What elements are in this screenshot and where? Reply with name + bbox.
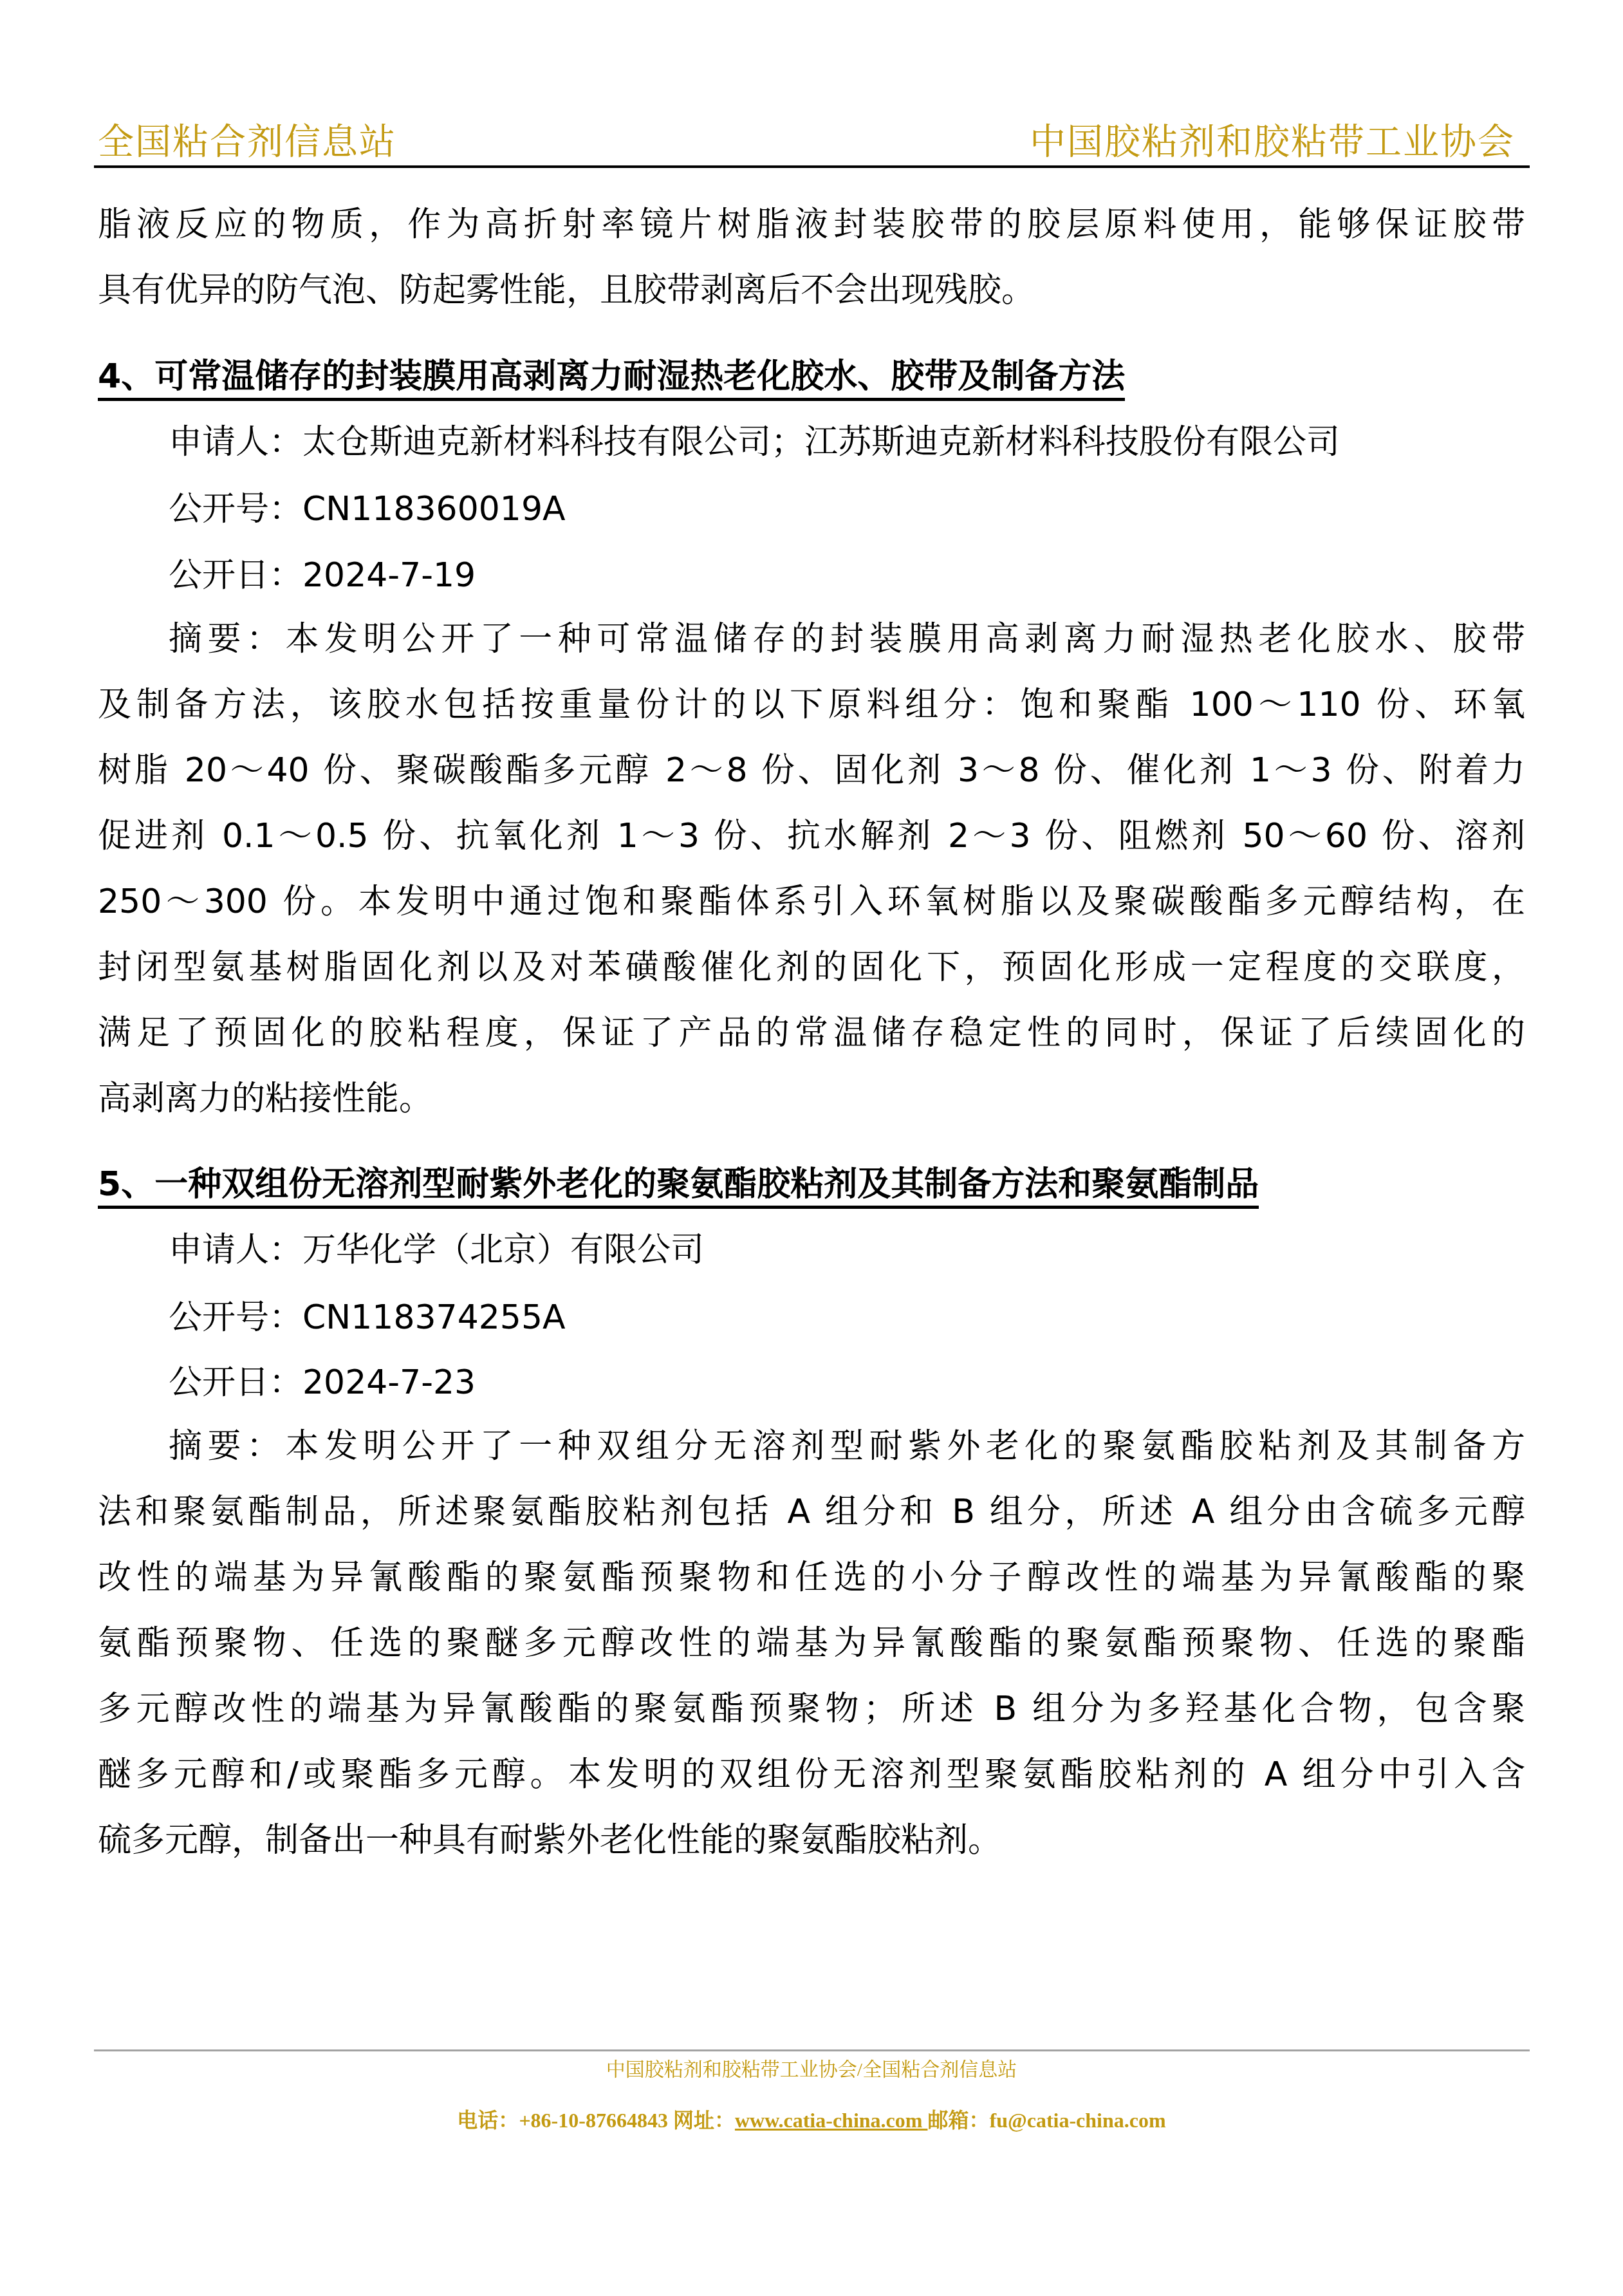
footer-organization: 中国胶粘剂和胶粘带工业协会/全国粘合剂信息站 bbox=[0, 2057, 1623, 2083]
publication-date-value: 2024-7-19 bbox=[302, 556, 476, 595]
abstract-line: 摘要：本发明公开了一种可常温储存的封装膜用高剥离力耐湿热老化胶水、胶带 bbox=[169, 606, 1525, 672]
abstract-line: 高剥离力的粘接性能。 bbox=[98, 1066, 1525, 1132]
publication-number-row: 公开号：CN118360019A bbox=[169, 476, 1525, 542]
phone-number: +86-10-87664843 bbox=[519, 2109, 668, 2132]
publication-date-row: 公开日：2024-7-23 bbox=[169, 1350, 1525, 1415]
abstract-line: 醚多元醇和/或聚酯多元醇。本发明的双组份无溶剂型聚氨酯胶粘剂的 A 组分中引入含 bbox=[98, 1742, 1525, 1807]
patent-heading: 4、可常温储存的封装膜用高剥离力耐湿热老化胶水、胶带及制备方法 bbox=[98, 351, 1125, 402]
publication-number-label: 公开号： bbox=[169, 1298, 302, 1337]
abstract-line: 法和聚氨酯制品，所述聚氨酯胶粘剂包括 A 组分和 B 组分，所述 A 组分由含硫… bbox=[98, 1479, 1525, 1545]
applicant-row: 申请人：万华化学（北京）有限公司 bbox=[169, 1217, 1525, 1283]
email-address[interactable]: fu@catia-china.com bbox=[989, 2109, 1165, 2132]
applicant-value: 万华化学（北京）有限公司 bbox=[302, 1231, 704, 1269]
abstract-line: 摘要：本发明公开了一种双组分无溶剂型耐紫外老化的聚氨酯胶粘剂及其制备方 bbox=[169, 1414, 1525, 1479]
abstract-line: 满足了预固化的胶粘程度，保证了产品的常温储存稳定性的同时，保证了后续固化的 bbox=[98, 1000, 1525, 1066]
applicant-label: 申请人： bbox=[169, 1231, 302, 1269]
publication-number-row: 公开号：CN118374255A bbox=[169, 1285, 1525, 1350]
abstract-line: 多元醇改性的端基为异氰酸酯的聚氨酯预聚物；所述 B 组分为多羟基化合物，包含聚 bbox=[98, 1676, 1525, 1742]
patent-heading: 5、一种双组份无溶剂型耐紫外老化的聚氨酯胶粘剂及其制备方法和聚氨酯制品 bbox=[98, 1159, 1259, 1210]
heading-underline bbox=[98, 398, 1125, 401]
website-label: 网址： bbox=[668, 2109, 735, 2132]
abstract-line: 改性的端基为异氰酸酯的聚氨酯预聚物和任选的小分子醇改性的端基为异氰酸酯的聚 bbox=[98, 1545, 1525, 1610]
footer-divider bbox=[94, 2049, 1530, 2051]
heading-underline bbox=[98, 1206, 1259, 1209]
continuation-line: 具有优异的防气泡、防起雾性能，且胶带剥离后不会出现残胶。 bbox=[98, 257, 1525, 323]
publication-date-value: 2024-7-23 bbox=[302, 1363, 476, 1402]
patent-heading-text: 5、一种双组份无溶剂型耐紫外老化的聚氨酯胶粘剂及其制备方法和聚氨酯制品 bbox=[98, 1165, 1259, 1204]
abstract-line: 250～300 份。本发明中通过饱和聚酯体系引入环氧树脂以及聚碳酸酯多元醇结构，… bbox=[98, 869, 1525, 935]
header-divider bbox=[94, 165, 1530, 168]
abstract-line: 封闭型氨基树脂固化剂以及对苯磺酸催化剂的固化下，预固化形成一定程度的交联度， bbox=[98, 935, 1525, 1000]
publication-number-value: CN118360019A bbox=[302, 490, 566, 528]
continuation-line: 脂液反应的物质，作为高折射率镜片树脂液封装胶带的胶层原料使用，能够保证胶带 bbox=[98, 192, 1525, 257]
abstract-line: 及制备方法，该胶水包括按重量份计的以下原料组分：饱和聚酯 100～110 份、环… bbox=[98, 672, 1525, 738]
phone-label: 电话： bbox=[457, 2109, 519, 2132]
abstract-line: 氨酯预聚物、任选的聚醚多元醇改性的端基为异氰酸酯的聚氨酯预聚物、任选的聚酯 bbox=[98, 1610, 1525, 1676]
applicant-value: 太仓斯迪克新材料科技有限公司；江苏斯迪克新材料科技股份有限公司 bbox=[302, 423, 1340, 462]
publication-number-value: CN118374255A bbox=[302, 1298, 566, 1337]
header-association-name: 中国胶粘剂和胶粘带工业协会 bbox=[1030, 120, 1515, 165]
publication-date-row: 公开日：2024-7-19 bbox=[169, 543, 1525, 608]
website-link[interactable]: www.catia-china.com bbox=[735, 2109, 928, 2132]
patent-heading-text: 4、可常温储存的封装膜用高剥离力耐湿热老化胶水、胶带及制备方法 bbox=[98, 357, 1125, 396]
applicant-label: 申请人： bbox=[169, 423, 302, 462]
publication-date-label: 公开日： bbox=[169, 556, 302, 595]
publication-number-label: 公开号： bbox=[169, 490, 302, 528]
applicant-row: 申请人：太仓斯迪克新材料科技有限公司；江苏斯迪克新材料科技股份有限公司 bbox=[169, 409, 1525, 475]
publication-date-label: 公开日： bbox=[169, 1363, 302, 1402]
footer-contact: 电话：+86-10-87664843 网址：www.catia-china.co… bbox=[0, 2106, 1623, 2134]
abstract-line: 促进剂 0.1～0.5 份、抗氧化剂 1～3 份、抗水解剂 2～3 份、阻燃剂 … bbox=[98, 803, 1525, 869]
abstract-line: 树脂 20～40 份、聚碳酸酯多元醇 2～8 份、固化剂 3～8 份、催化剂 1… bbox=[98, 738, 1525, 803]
email-label: 邮箱： bbox=[927, 2109, 989, 2132]
abstract-line: 硫多元醇，制备出一种具有耐紫外老化性能的聚氨酯胶粘剂。 bbox=[98, 1807, 1525, 1873]
header-site-name: 全国粘合剂信息站 bbox=[98, 120, 396, 165]
